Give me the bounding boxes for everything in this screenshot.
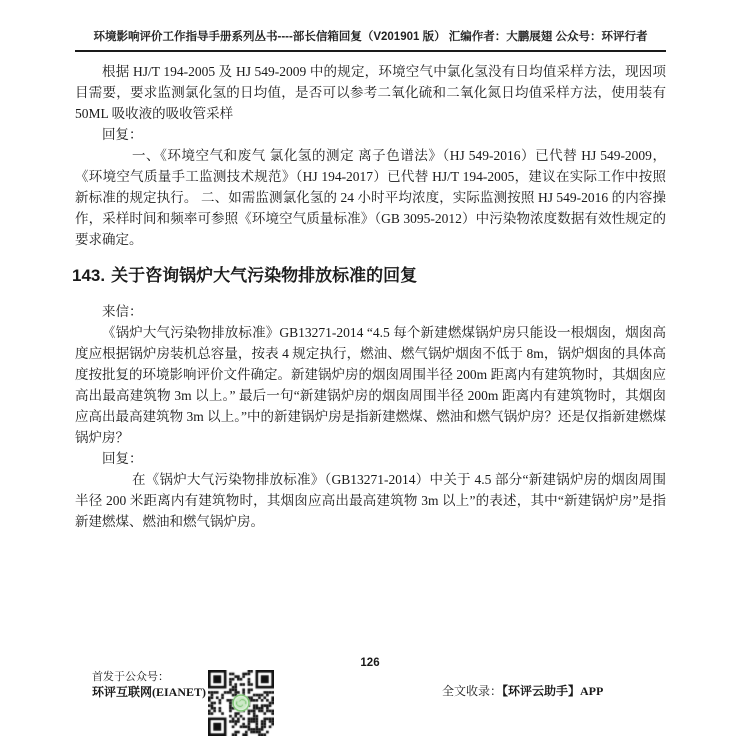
letter-paragraph: 《锅炉大气污染物排放标准》GB13271-2014 “4.5 每个新建燃煤锅炉房… <box>75 322 666 448</box>
page-content: 环境影响评价工作指导手册系列丛书----部长信箱回复（V201901 版） 汇编… <box>75 28 666 532</box>
qr-code-icon <box>208 670 274 736</box>
publisher-block: 首发于公众号： 环评互联网(EIANET) <box>92 670 206 700</box>
collection-label: 全文收录： <box>442 684 502 698</box>
reply-paragraph-143: 在《锅炉大气污染物排放标准》（GB13271-2014）中关于 4.5 部分“新… <box>75 469 666 532</box>
question-paragraph-prev: 根据 HJ/T 194-2005 及 HJ 549-2009 中的规定，环境空气… <box>75 61 666 124</box>
letter-label: 来信： <box>75 301 666 322</box>
publisher-line2: 环评互联网(EIANET) <box>92 685 206 700</box>
section-title: 关于咨询锅炉大气污染物排放标准的回复 <box>111 266 417 285</box>
collection-value: 【环评云助手】APP <box>502 684 603 698</box>
section-number: 143. <box>72 266 105 285</box>
reply-label-prev: 回复： <box>75 124 666 145</box>
page-number: 126 <box>0 657 740 669</box>
publisher-line1: 首发于公众号： <box>92 670 206 685</box>
reply-label-143: 回复： <box>75 448 666 469</box>
section-heading-143: 143.关于咨询锅炉大气污染物排放标准的回复 <box>72 263 666 289</box>
collection-block: 全文收录：【环评云助手】APP <box>442 682 603 699</box>
document-page: 环境影响评价工作指导手册系列丛书----部长信箱回复（V201901 版） 汇编… <box>0 0 740 740</box>
reply-paragraph-prev: 一、《环境空气和废气 氯化氢的测定 离子色谱法》（HJ 549-2016）已代替… <box>75 145 666 250</box>
document-header: 环境影响评价工作指导手册系列丛书----部长信箱回复（V201901 版） 汇编… <box>75 28 666 52</box>
